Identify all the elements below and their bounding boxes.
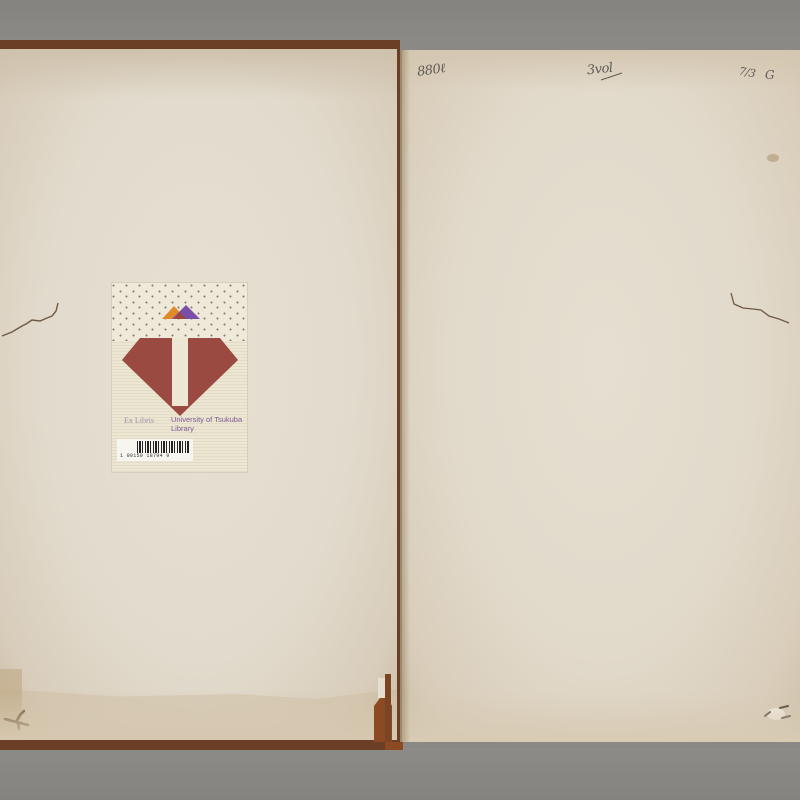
edge-stain	[0, 669, 22, 739]
gem-emblem-icon	[122, 338, 238, 416]
paper-crack-left	[0, 299, 65, 339]
bookplate: Ex Libris University of Tsukuba Library …	[112, 283, 247, 472]
handwritten-underline	[600, 71, 624, 81]
barcode-icon	[137, 441, 189, 453]
water-stain	[0, 689, 397, 739]
backdrop-bottom	[0, 748, 800, 800]
worm-damage-left	[2, 709, 32, 731]
institution-line-2: Library	[171, 424, 245, 433]
barcode-number: 1 00150 18794 9	[120, 453, 192, 459]
flyleaf-page: 880ℓ 3vol 7/3 G	[400, 50, 800, 742]
institution-name: University of Tsukuba Library	[171, 415, 245, 433]
gutter-shadow	[400, 50, 410, 742]
handwritten-shelfmark: 880ℓ	[416, 60, 446, 80]
paper-crack-right	[727, 290, 792, 330]
handwritten-letter: G	[765, 68, 774, 82]
pastedown-paper: Ex Libris University of Tsukuba Library …	[0, 49, 397, 740]
backdrop-top	[0, 0, 800, 40]
handwritten-fraction: 7/3	[738, 65, 756, 81]
worm-hole-right	[760, 700, 792, 726]
institution-line-1: University of Tsukuba	[171, 415, 245, 424]
mountain-logo-icon	[160, 303, 200, 321]
ex-libris-label: Ex Libris	[124, 416, 154, 425]
front-cover-board: Ex Libris University of Tsukuba Library …	[0, 40, 400, 750]
barcode-label: 1 00150 18794 9	[117, 439, 193, 461]
foxing-spot	[767, 154, 779, 162]
